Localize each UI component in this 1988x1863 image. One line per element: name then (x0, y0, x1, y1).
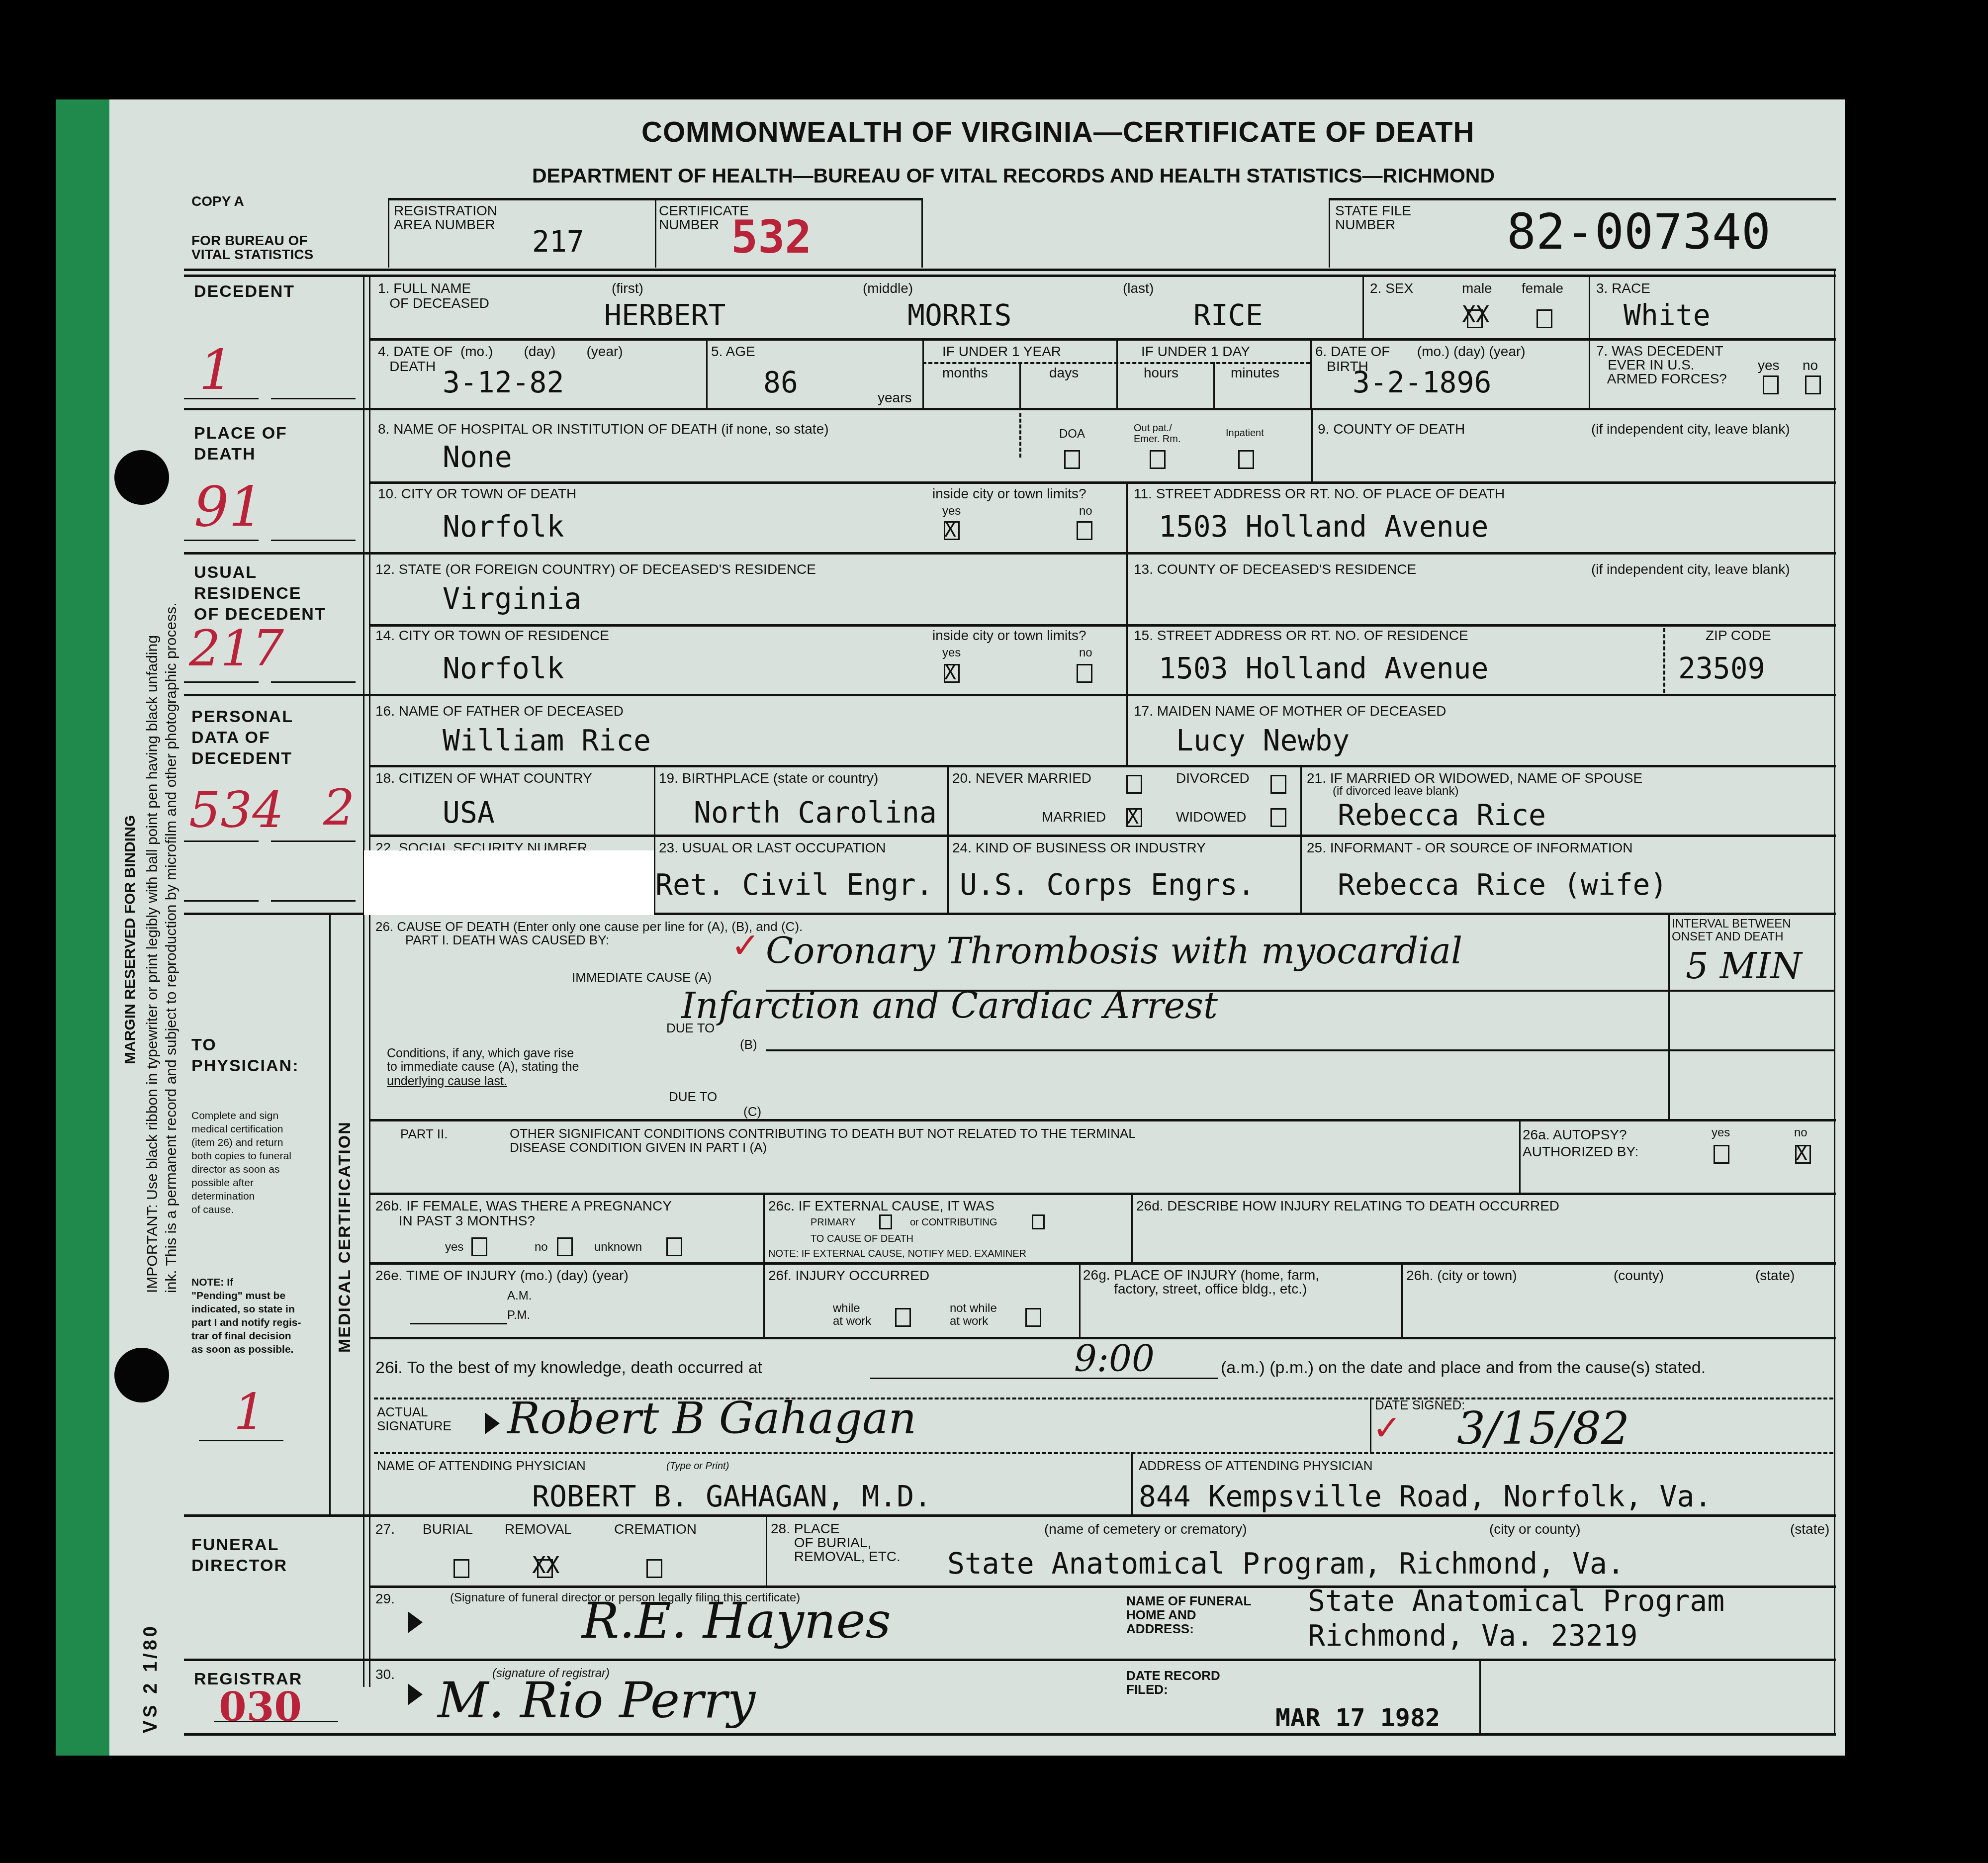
f26b-label: 26b. IF FEMALE, WAS THERE A PREGNANCY IN… (375, 1199, 672, 1228)
under-1-day-minutes: minutes (1231, 366, 1279, 380)
decedent-middle-name: MORRIS (907, 298, 1012, 332)
f13-hint: (if independent city, leave blank) (1591, 562, 1790, 577)
rule (184, 1659, 1836, 1661)
rule (271, 681, 356, 683)
state-file-label: STATE FILE NUMBER (1335, 204, 1411, 232)
f26h-county-label: (county) (1614, 1268, 1664, 1283)
rule (374, 1452, 1833, 1454)
rule (271, 900, 356, 902)
pregnancy-yes-checkbox[interactable] (471, 1237, 487, 1256)
f3-label: 3. RACE (1596, 281, 1650, 296)
f24-label: 24. KIND OF BUSINESS OR INDUSTRY (952, 840, 1206, 855)
f29-label: 29. (375, 1591, 395, 1606)
rule (369, 1193, 1836, 1195)
area-number-value: 217 (532, 225, 584, 259)
occupation-value: Ret. Civil Engr. (655, 868, 933, 902)
margin-binding-text: MARGIN RESERVED FOR BINDING (122, 815, 139, 1064)
autopsy-no-checkbox[interactable] (1795, 1145, 1811, 1164)
residence-inside-limits-yes-checkbox[interactable] (944, 664, 960, 683)
residence-street-address: 1503 Holland Avenue (1159, 652, 1488, 685)
funeral-home-label: NAME OF FUNERAL HOME AND ADDRESS: (1126, 1594, 1251, 1636)
rule (184, 681, 259, 683)
under-1-day-label: IF UNDER 1 DAY (1141, 344, 1250, 359)
margin-important-1: IMPORTANT: Use black ribbon in typewrite… (144, 635, 161, 1293)
under-1-day-hours: hours (1144, 366, 1178, 380)
area-number-label: REGISTRATION AREA NUMBER (394, 204, 497, 232)
check-mark-icon: ✓ (731, 925, 760, 966)
f10-limits-label: inside city or town limits? (932, 486, 1086, 501)
f19-label: 19. BIRTHPLACE (state or country) (659, 771, 878, 786)
external-primary-checkbox[interactable] (879, 1214, 892, 1229)
margin-important-2: ink. This is a permanent record and subj… (163, 603, 180, 1294)
ssn-redaction (364, 850, 654, 915)
citizenship-value: USA (443, 796, 495, 830)
punch-hole-icon (114, 1348, 169, 1402)
under-1-year-days: days (1049, 366, 1079, 380)
f21-hint: (if divorced leave blank) (1333, 785, 1458, 798)
widowed-label: WIDOWED (1176, 810, 1247, 825)
arrow-right-icon (485, 1412, 500, 1434)
section-place-of-death: PLACE OF DEATH (194, 423, 287, 465)
f16-label: 16. NAME OF FATHER OF DECEASED (375, 704, 624, 719)
date-of-death: 3-12-82 (443, 366, 564, 399)
due-to-b-label: DUE TO (666, 1021, 715, 1035)
physician-instructions: Complete and sign medical certification … (191, 1109, 291, 1216)
f8-label: 8. NAME OF HOSPITAL OR INSTITUTION OF DE… (378, 422, 829, 437)
external-contributing-checkbox[interactable] (1032, 1214, 1045, 1229)
section-to-physician: TO PHYSICIAN: (191, 1034, 299, 1076)
rule (271, 398, 356, 399)
physician-signature[interactable]: Robert B Gahagan (507, 1393, 916, 1444)
rule (184, 1514, 1836, 1517)
rule (1310, 338, 1312, 408)
signature-label: ACTUAL SIGNATURE (377, 1405, 452, 1433)
arrow-right-icon (408, 1611, 423, 1633)
date-signed-value: 3/15/82 (1457, 1402, 1629, 1455)
rule (369, 481, 1836, 484)
rule (369, 624, 1836, 627)
f10-yes-label: yes (942, 505, 961, 518)
rule (184, 540, 259, 541)
rule (655, 198, 656, 268)
f28-cemetery-hint: (name of cemetery or crematory) (1044, 1522, 1247, 1537)
rule (369, 275, 370, 1687)
f26g-label: 26g. PLACE OF INJURY (home, farm, factor… (1083, 1268, 1319, 1296)
f26e-label: 26e. TIME OF INJURY (mo.) (day) (year) (375, 1268, 629, 1283)
rule (184, 694, 1836, 696)
physician-type-hint: (Type or Print) (666, 1460, 729, 1473)
f14-label: 14. CITY OR TOWN OF RESIDENCE (375, 628, 609, 643)
f1-middle-label: (middle) (863, 281, 913, 296)
f2-label: 2. SEX (1370, 281, 1413, 296)
f7-yes-label: yes (1758, 358, 1780, 373)
pregnancy-unknown-checkbox[interactable] (666, 1237, 682, 1256)
f26c-label: 26c. IF EXTERNAL CAUSE, IT WAS (768, 1199, 994, 1213)
physician-address: 844 Kempsville Road, Norfolk, Va. (1139, 1480, 1712, 1513)
external-contributing-label: or CONTRIBUTING (910, 1216, 997, 1229)
rule (922, 338, 924, 408)
f14-yes-label: yes (942, 647, 961, 659)
section-decedent: DECEDENT (194, 281, 295, 302)
residence-city-value: Norfolk (443, 652, 564, 685)
conditions-label: Conditions, if any, which gave rise to i… (387, 1047, 579, 1074)
f14-no-label: no (1079, 647, 1092, 659)
funeral-home-line-1: State Anatomical Program (1308, 1584, 1724, 1618)
physician-code: 1 (234, 1383, 266, 1441)
rule (271, 540, 356, 541)
sex-male-mark: XX (1462, 301, 1489, 328)
f11-label: 11. STREET ADDRESS OR RT. NO. OF PLACE O… (1134, 486, 1505, 501)
rule (1362, 275, 1364, 339)
f27-label: 27. (375, 1522, 395, 1537)
rule (1311, 408, 1313, 482)
personal-data-code: 534 (189, 781, 284, 839)
external-note: NOTE: IF EXTERNAL CAUSE, NOTIFY MED. EXA… (768, 1247, 1026, 1260)
rule (1116, 338, 1118, 408)
personal-data-code-2: 2 (323, 778, 355, 837)
rule (369, 835, 1836, 837)
rule (369, 765, 1836, 767)
state-file-number: 82-007340 (1507, 204, 1771, 261)
rule (184, 408, 1836, 410)
rule (271, 840, 356, 842)
part1-label: PART I. DEATH WAS CAUSED BY: (405, 932, 609, 947)
autopsy-no-label: no (1794, 1126, 1807, 1139)
rule (199, 1440, 283, 1441)
f26a-label: 26a. AUTOPSY? AUTHORIZED BY: (1523, 1126, 1638, 1160)
rule (184, 552, 1836, 555)
rule (369, 1119, 1836, 1121)
rule (1589, 275, 1590, 409)
f23-label: 23. USUAL OR LAST OCCUPATION (659, 840, 886, 855)
under-1-year-months: months (942, 366, 988, 380)
rule (369, 1262, 1836, 1265)
rule (1131, 1452, 1133, 1514)
rule (388, 198, 389, 268)
injury-am-label: A.M. (507, 1290, 532, 1303)
armed-forces-no-checkbox[interactable] (1805, 375, 1821, 394)
f26f-label: 26f. INJURY OCCURRED (768, 1268, 929, 1283)
interval-value: 5 MIN (1686, 945, 1802, 987)
f8-outpat-label: Out pat./ Emer. Rm. (1134, 423, 1180, 445)
f18-label: 18. CITIZEN OF WHAT COUNTRY (375, 771, 592, 786)
f1-label: 1. FULL NAME OF DECEASED (378, 281, 489, 311)
mother-maiden-name: Lucy Newby (1176, 724, 1350, 757)
autopsy-yes-checkbox[interactable] (1714, 1145, 1729, 1164)
f2-male-label: male (1462, 281, 1492, 296)
divorced-checkbox[interactable] (1270, 775, 1286, 794)
f2-female-label: female (1522, 281, 1563, 296)
business-value: U.S. Corps Engrs. (960, 868, 1255, 902)
not-while-at-work-label: not while at work (950, 1302, 997, 1328)
death-inside-limits-yes-checkbox[interactable] (944, 521, 960, 540)
rule (184, 398, 259, 399)
arrow-right-icon (408, 1683, 423, 1705)
pregnancy-unknown-label: unknown (594, 1241, 642, 1254)
section-funeral-director: FUNERAL DIRECTOR (191, 1534, 287, 1576)
usual-residence-code: 217 (189, 619, 284, 677)
father-name: William Rice (443, 724, 651, 757)
interval-label: INTERVAL BETWEEN ONSET AND DEATH (1672, 918, 1791, 943)
f17-label: 17. MAIDEN NAME OF MOTHER OF DECEASED (1134, 704, 1446, 719)
rule (1479, 1659, 1481, 1733)
rule (870, 1378, 1218, 1379)
under-1-year-label: IF UNDER 1 YEAR (942, 344, 1061, 359)
f1-last-label: (last) (1123, 281, 1154, 296)
informant-value: Rebecca Rice (wife) (1338, 868, 1667, 902)
b-label: (B) (740, 1037, 757, 1052)
rule (410, 1323, 507, 1324)
hospital-value: None (443, 440, 512, 474)
f5-label: 5. AGE (711, 344, 755, 359)
green-binding-stripe (56, 99, 109, 1756)
external-primary-label: PRIMARY (811, 1216, 856, 1229)
married-checkbox[interactable] (1126, 808, 1142, 827)
rule (1126, 552, 1128, 694)
age-value: 86 (763, 366, 798, 399)
f26h-state-label: (state) (1755, 1268, 1795, 1283)
f12-label: 12. STATE (OR FOREIGN COUNTRY) OF DECEAS… (375, 562, 816, 577)
zip-code-value: 23509 (1678, 652, 1765, 685)
removal-label: REMOVAL (505, 1522, 572, 1537)
medical-certification-label: MEDICAL CERTIFICATION (334, 1121, 355, 1353)
registrar-signature[interactable]: M. Rio Perry (438, 1671, 755, 1729)
c-label: (C) (743, 1104, 761, 1119)
part2-text: OTHER SIGNIFICANT CONDITIONS CONTRIBUTIN… (510, 1126, 1136, 1154)
date-filed-value: MAR 17 1982 (1275, 1703, 1440, 1732)
residence-inside-limits-no-checkbox[interactable] (1077, 664, 1092, 683)
f26h-label: 26h. (city or town) (1406, 1268, 1517, 1283)
outpatient-checkbox[interactable] (1150, 450, 1166, 469)
inpatient-checkbox[interactable] (1238, 450, 1254, 469)
f28-state-hint: (state) (1790, 1522, 1829, 1537)
rule (184, 269, 1836, 271)
cremation-checkbox[interactable] (646, 1559, 662, 1578)
rule (947, 765, 949, 914)
death-inside-limits-no-checkbox[interactable] (1077, 521, 1092, 540)
married-label: MARRIED (1042, 810, 1106, 825)
physician-name-label: NAME OF ATTENDING PHYSICIAN (377, 1458, 586, 1473)
place-of-death-code: 91 (194, 475, 264, 539)
rule (184, 275, 1836, 277)
rule (329, 913, 331, 1514)
copy-label: COPY A (191, 194, 244, 209)
rule (1019, 362, 1021, 408)
f25-label: 25. INFORMANT - OR SOURCE OF INFORMATION (1307, 840, 1632, 855)
pregnancy-yes-label: yes (445, 1241, 463, 1254)
f7-label: 7. WAS DECEDENT EVER IN U.S. ARMED FORCE… (1596, 344, 1727, 386)
sex-female-checkbox[interactable] (1536, 309, 1552, 328)
pregnancy-no-label: no (535, 1241, 548, 1254)
rule (1079, 1262, 1081, 1337)
f8-inpatient-label: Inpatient (1226, 427, 1264, 440)
widowed-checkbox[interactable] (1270, 808, 1286, 827)
f7-no-label: no (1803, 358, 1818, 373)
cause-line-2: Infarction and Cardiac Arrest (681, 985, 1218, 1026)
f20-label: 20. NEVER MARRIED (952, 771, 1091, 786)
decedent-last-name: RICE (1193, 298, 1263, 332)
f21-label: 21. IF MARRIED OR WIDOWED, NAME OF SPOUS… (1307, 771, 1642, 786)
certificate-number-value: 532 (731, 211, 812, 264)
rule (1300, 765, 1302, 914)
funeral-home-line-2: Richmond, Va. 23219 (1308, 1619, 1637, 1653)
f10-label: 10. CITY OR TOWN OF DEATH (378, 486, 576, 501)
funeral-director-signature[interactable]: R.E. Haynes (582, 1591, 891, 1650)
rule (921, 198, 923, 268)
city-of-death-value: Norfolk (443, 510, 564, 544)
rule (1126, 481, 1128, 552)
rule (1663, 628, 1665, 693)
f9-hint: (if independent city, leave blank) (1591, 422, 1790, 437)
spouse-name: Rebecca Rice (1338, 798, 1546, 832)
physician-address-label: ADDRESS OF ATTENDING PHYSICIAN (1139, 1458, 1372, 1473)
burial-place-value: State Anatomical Program, Richmond, Va. (947, 1547, 1625, 1581)
cause-line-1: Coronary Thrombosis with myocardial (766, 930, 1462, 972)
while-at-work-checkbox[interactable] (895, 1308, 911, 1327)
external-to-cause-label: TO CAUSE OF DEATH (811, 1232, 913, 1245)
rule (184, 1733, 1836, 1736)
section-usual-residence: USUAL RESIDENCE OF DECEDENT (194, 562, 326, 625)
birthplace-value: North Carolina (694, 796, 937, 830)
f28-label: 28. PLACE OF BURIAL, REMOVAL, ETC. (771, 1522, 901, 1564)
burial-checkbox[interactable] (453, 1559, 469, 1578)
while-at-work-label: while at work (833, 1302, 871, 1328)
physician-name: ROBERT B. GAHAGAN, M.D. (532, 1480, 931, 1513)
form-code: VS 2 1/80 (140, 1623, 162, 1733)
part2-label: PART II. (400, 1126, 448, 1141)
decedent-code: 1 (199, 338, 234, 402)
f30-label: 30. (375, 1667, 395, 1682)
f13-label: 13. COUNTY OF DECEASED'S RESIDENCE (1134, 562, 1416, 577)
underlying-label: underlying cause last. (387, 1074, 507, 1089)
f26d-label: 26d. DESCRIBE HOW INJURY RELATING TO DEA… (1136, 1199, 1559, 1213)
f9-label: 9. COUNTY OF DEATH (1318, 422, 1465, 437)
bureau-label: FOR BUREAU OF VITAL STATISTICS (191, 234, 313, 262)
injury-pm-label: P.M. (507, 1309, 530, 1322)
never-married-checkbox[interactable] (1126, 775, 1142, 794)
rule (763, 1193, 765, 1337)
rule (1019, 413, 1021, 458)
f8-doa-label: DOA (1059, 428, 1085, 441)
section-personal-data: PERSONAL DATA OF DECEDENT (191, 706, 293, 769)
burial-label: BURIAL (423, 1522, 473, 1537)
rule (369, 338, 1836, 341)
f28-city-hint: (city or county) (1489, 1522, 1581, 1537)
f26i-label: 26i. To the best of my knowledge, death … (375, 1360, 762, 1375)
check-mark-icon: ✓ (1372, 1407, 1402, 1448)
rule (1668, 913, 1670, 1121)
decedent-first-name: HERBERT (604, 298, 725, 332)
rule (1329, 198, 1836, 200)
registrar-code: 030 (219, 1683, 302, 1730)
race-value: White (1624, 298, 1711, 332)
due-to-c-label: DUE TO (669, 1089, 717, 1104)
f26i-suffix: (a.m.) (p.m.) on the date and place and … (1221, 1360, 1706, 1375)
armed-forces-yes-checkbox[interactable] (1763, 375, 1779, 394)
rule (706, 338, 708, 408)
doa-checkbox[interactable] (1064, 450, 1080, 469)
f1-first-label: (first) (612, 281, 643, 296)
rule (766, 1514, 767, 1586)
zip-label: ZIP CODE (1706, 628, 1771, 643)
removal-mark: XX (532, 1552, 559, 1579)
certificate-subtitle: DEPARTMENT OF HEALTH—BUREAU OF VITAL REC… (532, 164, 1495, 187)
rule (184, 840, 259, 842)
divorced-label: DIVORCED (1176, 771, 1250, 786)
rule (363, 275, 364, 1687)
f14-limits-label: inside city or town limits? (932, 628, 1086, 643)
rule (1370, 1397, 1371, 1452)
autopsy-yes-label: yes (1712, 1126, 1730, 1139)
rule (1126, 694, 1128, 766)
rule (1329, 198, 1330, 268)
rule (1131, 1193, 1133, 1262)
punch-hole-icon (114, 450, 169, 505)
not-while-at-work-checkbox[interactable] (1025, 1308, 1041, 1327)
f15-label: 15. STREET ADDRESS OR RT. NO. OF RESIDEN… (1134, 628, 1468, 643)
rule (1519, 1119, 1521, 1194)
residence-state-value: Virginia (443, 582, 581, 616)
rule (766, 1049, 1835, 1051)
date-of-birth: 3-2-1896 (1353, 366, 1491, 399)
rule (1213, 362, 1215, 408)
certificate-title: COMMONWEALTH OF VIRGINIA—CERTIFICATE OF … (641, 115, 1474, 149)
rule (184, 900, 259, 902)
rule (1401, 1262, 1403, 1337)
date-filed-label: DATE RECORD FILED: (1126, 1669, 1220, 1696)
physician-note: NOTE: If "Pending" must be indicated, so… (191, 1276, 301, 1356)
cremation-label: CREMATION (614, 1522, 697, 1537)
rule (214, 1721, 338, 1722)
f10-no-label: no (1079, 505, 1092, 518)
death-street-address: 1503 Holland Avenue (1159, 510, 1488, 544)
time-of-death: 9:00 (1074, 1338, 1155, 1380)
age-unit: years (878, 390, 911, 405)
pregnancy-no-checkbox[interactable] (557, 1237, 573, 1256)
immediate-cause-label: IMMEDIATE CAUSE (A) (572, 970, 712, 985)
